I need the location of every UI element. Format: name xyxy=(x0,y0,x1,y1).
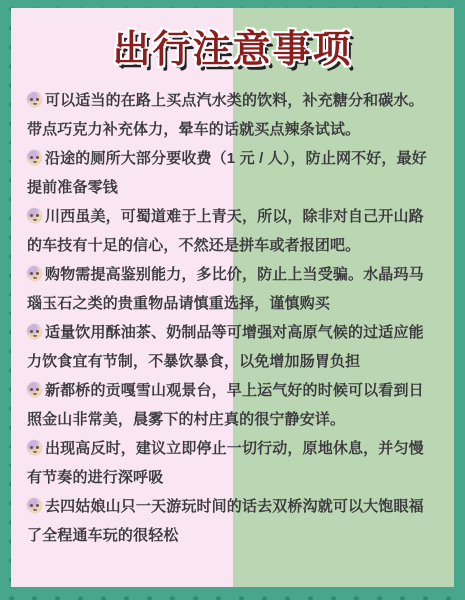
note-content: 出行注意事项 可以适当的在路上买点汽水类的饮料，补充糖分和碳水。带点巧克力补充体… xyxy=(11,18,454,587)
page-title: 出行注意事项 xyxy=(11,18,454,73)
dizzy-face-emoji xyxy=(27,208,42,223)
note-card: 出行注意事项 可以适当的在路上买点汽水类的饮料，补充糖分和碳水。带点巧克力补充体… xyxy=(11,8,454,587)
tip-item: 购物需提高鉴别能力，多比价，防止上当受骗。水晶玛马瑙玉石之类的贵重物品请慎重选择… xyxy=(27,261,438,318)
dizzy-face-emoji xyxy=(27,92,42,107)
tip-item: 川西虽美，可蜀道难于上青天，所以，除非对自己开山路的车技有十足的信心，不然还是拼… xyxy=(27,203,438,260)
dizzy-face-emoji xyxy=(27,324,42,339)
dizzy-face-emoji xyxy=(27,498,42,513)
tip-item: 沿途的厕所大部分要收费（1 元 / 人），防止网不好，最好提前准备零钱 xyxy=(27,145,438,202)
tip-item: 新都桥的贡嘎雪山观景台，早上运气好的时候可以看到日照金山非常美，晨雾下的村庄真的… xyxy=(27,377,438,434)
tip-text: 去四姑娘山只一天游玩时间的话去双桥沟就可以大饱眼福了全程通车玩的很轻松 xyxy=(27,498,424,544)
tip-text: 川西虽美，可蜀道难于上青天，所以，除非对自己开山路的车技有十足的信心，不然还是拼… xyxy=(27,208,424,254)
tips-list: 可以适当的在路上买点汽水类的饮料，补充糖分和碳水。带点巧克力补充体力，晕车的话就… xyxy=(11,87,454,550)
tip-item: 出现高反时，建议立即停止一切行动，原地休息，并匀慢有节奏的进行深呼吸 xyxy=(27,435,438,492)
tip-text: 可以适当的在路上买点汽水类的饮料，补充糖分和碳水。带点巧克力补充体力，晕车的话就… xyxy=(27,92,424,138)
dizzy-face-emoji xyxy=(27,382,42,397)
tip-item: 去四姑娘山只一天游玩时间的话去双桥沟就可以大饱眼福了全程通车玩的很轻松 xyxy=(27,493,438,550)
tip-text: 购物需提高鉴别能力，多比价，防止上当受骗。水晶玛马瑙玉石之类的贵重物品请慎重选择… xyxy=(27,266,424,312)
decorative-leaf-border: 出行注意事项 可以适当的在路上买点汽水类的饮料，补充糖分和碳水。带点巧克力补充体… xyxy=(0,0,465,600)
dizzy-face-emoji xyxy=(27,440,42,455)
tip-item: 可以适当的在路上买点汽水类的饮料，补充糖分和碳水。带点巧克力补充体力，晕车的话就… xyxy=(27,87,438,144)
dizzy-face-emoji xyxy=(27,150,42,165)
tip-text: 适量饮用酥油茶、奶制品等可增强对高原气候的过适应能力饮食宜有节制，不暴饮暴食，以… xyxy=(27,324,424,370)
tip-text: 沿途的厕所大部分要收费（1 元 / 人），防止网不好，最好提前准备零钱 xyxy=(27,150,427,196)
tip-text: 新都桥的贡嘎雪山观景台，早上运气好的时候可以看到日照金山非常美，晨雾下的村庄真的… xyxy=(27,382,424,428)
tip-item: 适量饮用酥油茶、奶制品等可增强对高原气候的过适应能力饮食宜有节制，不暴饮暴食，以… xyxy=(27,319,438,376)
tip-text: 出现高反时，建议立即停止一切行动，原地休息，并匀慢有节奏的进行深呼吸 xyxy=(27,440,424,486)
dizzy-face-emoji xyxy=(27,266,42,281)
